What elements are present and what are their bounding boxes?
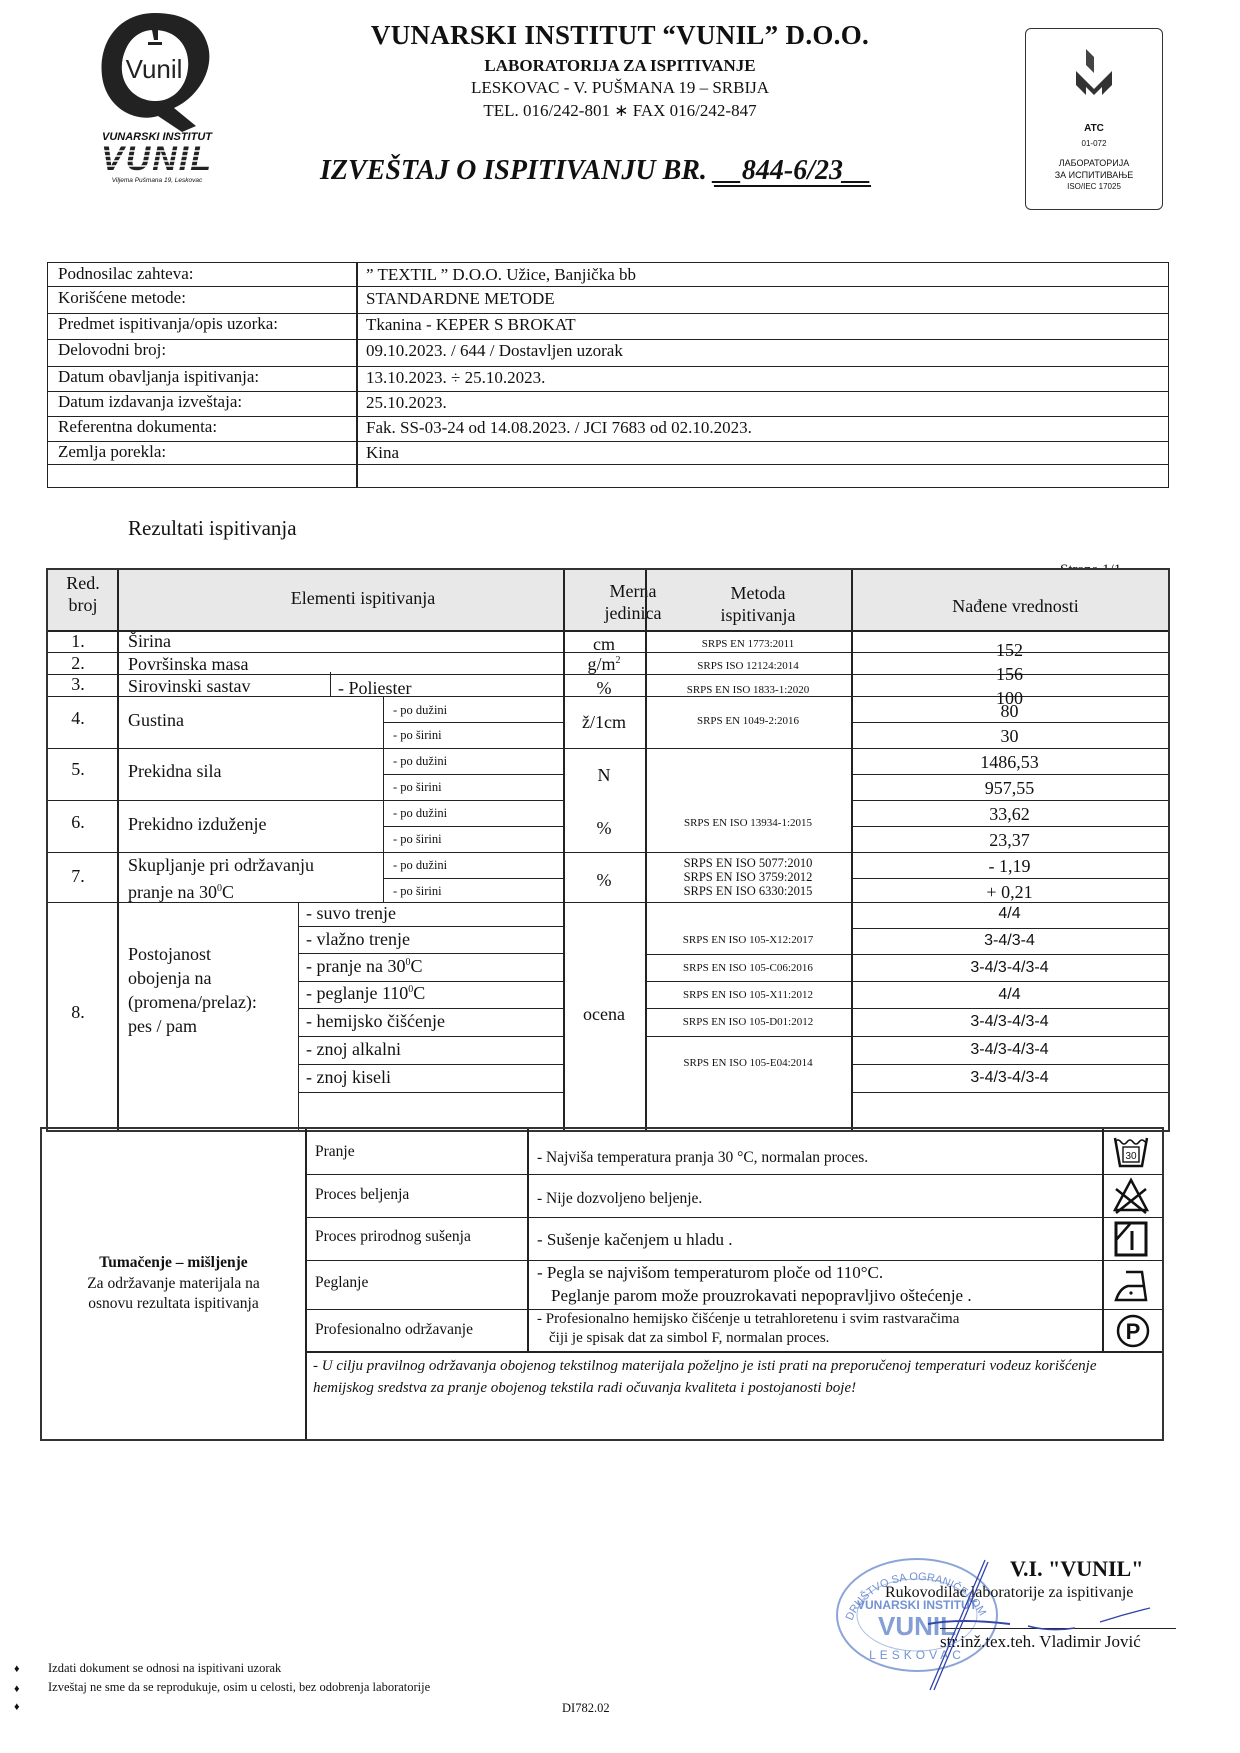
info-row: Delovodni broj: 09.10.2023. / 644 / Dost… — [48, 339, 1168, 363]
report-title: IZVEŠTAJ O ISPITIVANJU BR. __844-6/23__ — [320, 155, 920, 187]
organization-contact: TEL. 016/242-801 ∗ FAX 016/242-847 — [330, 101, 910, 121]
results-table: Red. broj Elementi ispitivanja Merna jed… — [46, 568, 1170, 1132]
info-row: Predmet ispitivanja/opis uzorka: Tkanina… — [48, 313, 1168, 337]
handwritten-signature — [900, 1540, 1180, 1700]
logo-institute-label: VUNARSKI INSTITUT — [82, 131, 232, 143]
report-number: __844-6/23__ — [714, 155, 871, 186]
bullet-icon: ♦ — [14, 1683, 20, 1695]
info-row: Podnosilac zahteva: ” TEXTIL ” D.O.O. Už… — [48, 263, 1168, 287]
svg-text:P: P — [1126, 1319, 1141, 1344]
accreditation-badge: ATC 01-072 ЛАБОРАТОРИЈА ЗА ИСПИТИВАЊЕ IS… — [1025, 28, 1163, 210]
organization-address: LESKOVAC - V. PUŠMANA 19 – SRBIJA — [330, 78, 910, 98]
document-code: DI782.02 — [562, 1701, 610, 1716]
info-row: Datum obavljanja ispitivanja: 13.10.2023… — [48, 366, 1168, 390]
atc-logo-icon — [1072, 47, 1116, 117]
results-title: Rezultati ispitivanja — [128, 516, 297, 541]
footer-note: Izdati dokument se odnosi na ispitivani … — [48, 1661, 281, 1676]
laboratory-name: LABORATORIJA ZA ISPITIVANJE — [330, 56, 910, 76]
footer-note: Izveštaj ne sme da se reprodukuje, osim … — [48, 1680, 430, 1695]
info-row: Korišćene metode: STANDARDNE METODE — [48, 287, 1168, 311]
atc-label: ATC — [1026, 123, 1162, 134]
wash-30-icon: 30 — [1112, 1133, 1150, 1171]
interpretation-table: Tumačenje – mišljenje Za održavanje mate… — [40, 1127, 1164, 1441]
interpretation-title: Tumačenje – mišljenje — [42, 1254, 305, 1272]
iron-low-icon — [1112, 1266, 1150, 1304]
atc-code: 01-072 — [1026, 139, 1162, 148]
info-row: Zemlja porekla: Kina — [48, 441, 1168, 465]
vunil-q-logo: Vunil — [90, 8, 220, 133]
bullet-icon: ♦ — [14, 1663, 20, 1675]
svg-text:Vunil: Vunil — [126, 54, 183, 84]
professional-dry-clean-p-icon: P — [1114, 1312, 1152, 1350]
no-bleach-icon — [1112, 1177, 1150, 1215]
svg-text:30: 30 — [1125, 1151, 1137, 1162]
svg-text:VUNIL: VUNIL — [101, 143, 213, 175]
logo-address: Viljema Pušmana 19, Leskovac — [82, 177, 232, 184]
results-table-header: Red. broj Elementi ispitivanja Merna jed… — [48, 570, 1168, 630]
care-note: - U cilju pravilnog održavanja obojenog … — [313, 1355, 1143, 1399]
atc-lab-text: ЛАБОРАТОРИЈА ЗА ИСПИТИВАЊЕ ISO/IEC 17025 — [1026, 157, 1162, 193]
info-row: Referentna dokumenta: Fak. SS-03-24 od 1… — [48, 416, 1168, 440]
report-title-text: IZVEŠTAJ O ISPITIVANJU BR. — [320, 155, 707, 186]
vunil-wordmark-logo: VUNIL — [82, 143, 232, 175]
info-row: Datum izdavanja izveštaja: 25.10.2023. — [48, 391, 1168, 415]
line-dry-shade-icon — [1112, 1220, 1150, 1258]
bullet-icon: ♦ — [14, 1701, 20, 1713]
organization-name: VUNARSKI INSTITUT “VUNIL” D.O.O. — [330, 20, 910, 51]
report-info-table: Podnosilac zahteva: ” TEXTIL ” D.O.O. Už… — [47, 262, 1169, 488]
